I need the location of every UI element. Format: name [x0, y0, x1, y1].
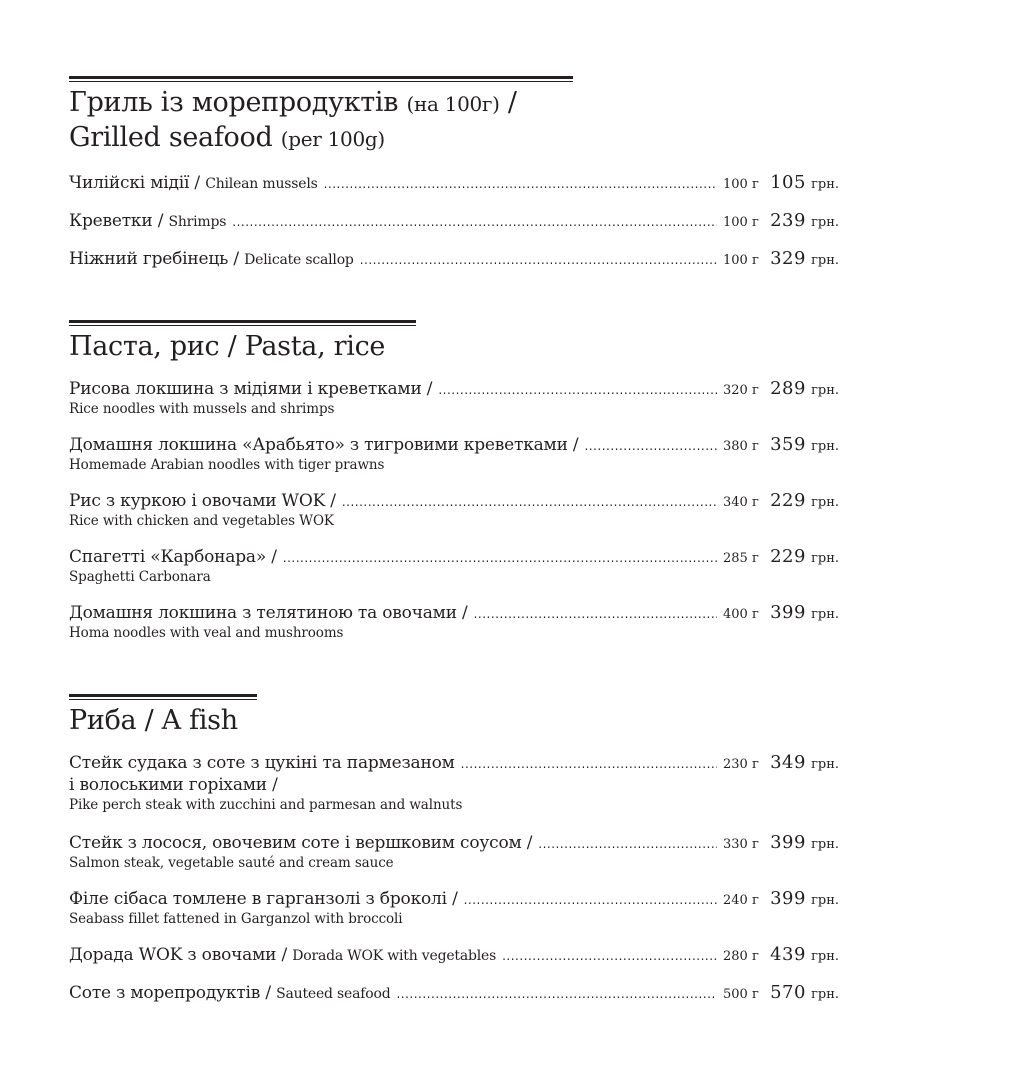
item-name-en: Seabass fillet fattened in Garganzol wit…: [69, 910, 839, 928]
item-name-en: Rice with chicken and vegetables WOK: [69, 512, 839, 530]
dot-leader: ........................................…: [283, 551, 717, 565]
menu-item: Стейк з лосося, овочевим соте і вершкови…: [69, 832, 839, 872]
item-weight: 380 г: [723, 439, 763, 454]
section-grilled-seafood: Гриль із морепродуктів (на 100г) / Grill…: [69, 76, 839, 156]
menu-item: Стейк судака з соте з цукіні та пармезан…: [69, 752, 839, 814]
item-name-en: Sauteed seafood: [276, 986, 390, 1002]
item-price: 349 грн.: [763, 752, 839, 773]
item-name-uk: Домашня локшина з телятиною та овочами /: [69, 603, 468, 623]
section-title: Паста, рис / Pasta, rice: [69, 330, 839, 364]
menu-item: Чилійскі мідії / Chilean mussels .......…: [69, 172, 839, 194]
section-rule: [69, 694, 257, 700]
item-weight: 500 г: [723, 987, 763, 1002]
item-name-en: Dorada WOK with vegetables: [292, 948, 496, 964]
menu-item: Філе сібаса томлене в гарганзолі з броко…: [69, 888, 839, 928]
item-price: 570 грн.: [763, 982, 839, 1003]
item-name-en: Rice noodles with mussels and shrimps: [69, 400, 839, 418]
dot-leader: ........................................…: [232, 215, 717, 229]
item-name-uk: Рисова локшина з мідіями і креветками /: [69, 379, 432, 399]
item-name-uk: Соте з морепродуктів /: [69, 983, 271, 1003]
section-rule: [69, 76, 573, 82]
item-name-uk: Креветки /: [69, 211, 163, 231]
menu-item: Ніжний гребінець / Delicate scallop ....…: [69, 248, 839, 270]
item-price: 229 грн.: [763, 490, 839, 511]
item-price: 399 грн.: [763, 832, 839, 853]
item-name-en: Homa noodles with veal and mushrooms: [69, 624, 839, 642]
dot-leader: ........................................…: [584, 439, 717, 453]
menu-item: Рисова локшина з мідіями і креветками / …: [69, 378, 839, 418]
dot-leader: ........................................…: [360, 253, 717, 267]
item-weight: 100 г: [723, 177, 763, 192]
item-name-en: Homemade Arabian noodles with tiger praw…: [69, 456, 839, 474]
item-name-uk: Стейк з лосося, овочевим соте і вершкови…: [69, 833, 532, 853]
item-weight: 240 г: [723, 893, 763, 908]
item-name-uk: Філе сібаса томлене в гарганзолі з броко…: [69, 889, 458, 909]
section-title: Риба / A fish: [69, 704, 839, 738]
item-name-uk: Дорада WOK з овочами /: [69, 945, 287, 965]
item-price: 329 грн.: [763, 248, 839, 269]
item-name-uk: Домашня локшина «Арабьято» з тигровими к…: [69, 435, 578, 455]
item-name-en: Delicate scallop: [244, 252, 354, 268]
item-name-uk: Чилійскі мідії /: [69, 173, 200, 193]
dot-leader: ........................................…: [474, 607, 717, 621]
item-weight: 330 г: [723, 837, 763, 852]
dot-leader: ........................................…: [461, 757, 717, 771]
item-weight: 285 г: [723, 551, 763, 566]
item-name-en: Salmon steak, vegetable sauté and cream …: [69, 854, 839, 872]
item-price: 105 грн.: [763, 172, 839, 193]
menu-item: Соте з морепродуктів / Sauteed seafood .…: [69, 982, 839, 1004]
item-price: 229 грн.: [763, 546, 839, 567]
menu-item: Креветки / Shrimps .....................…: [69, 210, 839, 232]
dot-leader: ........................................…: [502, 949, 717, 963]
item-weight: 100 г: [723, 253, 763, 268]
dot-leader: ........................................…: [342, 495, 717, 509]
menu-item: Спагетті «Карбонара» / .................…: [69, 546, 839, 586]
menu-item: Домашня локшина з телятиною та овочами /…: [69, 602, 839, 642]
section-pasta-rice: Паста, рис / Pasta, rice Рисова локшина …: [69, 320, 839, 364]
item-weight: 280 г: [723, 949, 763, 964]
item-name-uk: Рис з куркою і овочами WOK /: [69, 491, 336, 511]
menu-item: Дорада WOK з овочами / Dorada WOK with v…: [69, 944, 839, 966]
item-name-uk: Ніжний гребінець /: [69, 249, 239, 269]
item-name-uk-line2: і волоськими горіхами /: [69, 774, 839, 796]
section-fish: Риба / A fish Стейк судака з соте з цукі…: [69, 694, 839, 738]
item-price: 289 грн.: [763, 378, 839, 399]
menu-item: Рис з куркою і овочами WOK / ...........…: [69, 490, 839, 530]
item-name-en: Shrimps: [168, 214, 226, 230]
dot-leader: ........................................…: [538, 837, 717, 851]
item-price: 399 грн.: [763, 888, 839, 909]
section-title: Гриль із морепродуктів (на 100г) / Grill…: [69, 86, 839, 156]
item-weight: 230 г: [723, 757, 763, 772]
item-price: 239 грн.: [763, 210, 839, 231]
item-price: 359 грн.: [763, 434, 839, 455]
menu-item: Домашня локшина «Арабьято» з тигровими к…: [69, 434, 839, 474]
dot-leader: ........................................…: [464, 893, 717, 907]
item-name-en: Chilean mussels: [205, 176, 317, 192]
item-name-uk: Стейк судака з соте з цукіні та пармезан…: [69, 753, 455, 773]
item-weight: 340 г: [723, 495, 763, 510]
section-rule: [69, 320, 416, 326]
item-name-uk: Спагетті «Карбонара» /: [69, 547, 277, 567]
item-price: 439 грн.: [763, 944, 839, 965]
item-name-en: Pike perch steak with zucchini and parme…: [69, 796, 839, 814]
dot-leader: ........................................…: [396, 987, 717, 1001]
item-weight: 400 г: [723, 607, 763, 622]
dot-leader: ........................................…: [438, 383, 717, 397]
item-name-en: Spaghetti Carbonara: [69, 568, 839, 586]
item-weight: 100 г: [723, 215, 763, 230]
item-weight: 320 г: [723, 383, 763, 398]
dot-leader: ........................................…: [324, 177, 717, 191]
item-price: 399 грн.: [763, 602, 839, 623]
